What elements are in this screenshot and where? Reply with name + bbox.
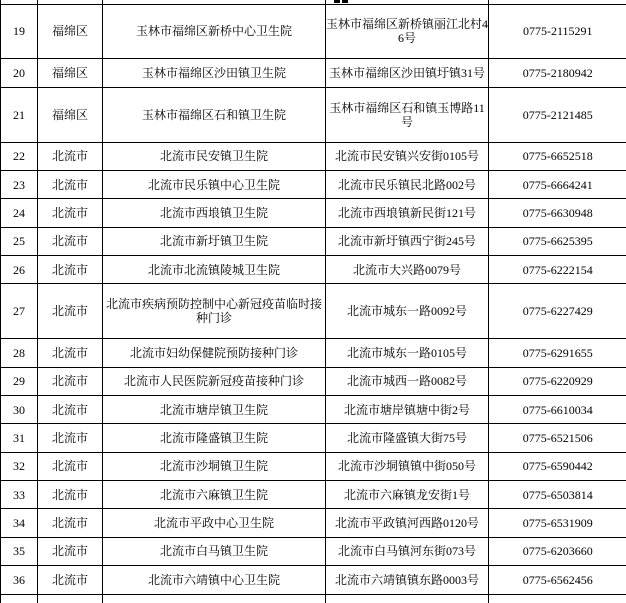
institution-name-cell: 北流市塘岸镇卫生院 xyxy=(103,395,326,423)
address-cell: 北流市白马镇河东街073号 xyxy=(326,537,489,565)
phone-cell: 0775-6664241 xyxy=(489,170,626,198)
institution-name-cell: 北流市西埌镇卫生院 xyxy=(103,199,326,227)
district-cell: 北流市 xyxy=(38,452,103,480)
institution-name-cell: 北流市平政中心卫生院 xyxy=(103,509,326,537)
partial-cell xyxy=(38,594,103,603)
address-cell: 玉林市福绵区新桥镇丽江北村46号 xyxy=(326,4,489,59)
district-cell: 北流市 xyxy=(38,566,103,594)
phone-cell: 0775-6562456 xyxy=(489,566,626,594)
institution-name-cell: 北流市新圩镇卫生院 xyxy=(103,227,326,255)
district-cell: 北流市 xyxy=(38,537,103,565)
row-number-cell: 24 xyxy=(1,199,38,227)
table-row: 26 北流市 北流市北流镇陵城卫生院 北流市大兴路0079号 0775-6222… xyxy=(1,255,626,283)
phone-cell: 0775-6291655 xyxy=(489,339,626,367)
row-number-cell: 28 xyxy=(1,339,38,367)
table-row: 27 北流市 北流市疾病预防控制中心新冠疫苗临时接种门诊 北流市城东一路0092… xyxy=(1,284,626,339)
district-cell: 北流市 xyxy=(38,255,103,283)
table-row: 25 北流市 北流市新圩镇卫生院 北流市新圩镇西宁街245号 0775-6625… xyxy=(1,227,626,255)
partial-cell xyxy=(489,594,626,603)
district-cell: 福绵区 xyxy=(38,87,103,142)
row-number-cell: 23 xyxy=(1,170,38,198)
table-row: 33 北流市 北流市六麻镇卫生院 北流市六麻镇龙安街1号 0775-650381… xyxy=(1,480,626,508)
district-cell: 北流市 xyxy=(38,480,103,508)
table-row: 29 北流市 北流市人民医院新冠疫苗接种门诊 北流市城西一路0082号 0775… xyxy=(1,367,626,395)
institution-name-cell: 北流市六靖镇中心卫生院 xyxy=(103,566,326,594)
address-cell: 北流市西埌镇新民街121号 xyxy=(326,199,489,227)
table-row: 30 北流市 北流市塘岸镇卫生院 北流市塘岸镇塘中街2号 0775-661003… xyxy=(1,395,626,423)
phone-cell: 0775-2180942 xyxy=(489,59,626,87)
phone-cell: 0775-6610034 xyxy=(489,395,626,423)
institution-name-cell: 玉林市福绵区沙田镇卫生院 xyxy=(103,59,326,87)
address-cell: 北流市民安镇兴安街0105号 xyxy=(326,142,489,170)
row-number-cell: 19 xyxy=(1,4,38,59)
address-cell: 北流市大兴路0079号 xyxy=(326,255,489,283)
partial-cell xyxy=(326,0,489,4)
address-cell: 北流市城西一路0082号 xyxy=(326,367,489,395)
table-row: 19 福绵区 玉林市福绵区新桥中心卫生院 玉林市福绵区新桥镇丽江北村46号 07… xyxy=(1,4,626,59)
row-number-cell: 36 xyxy=(1,566,38,594)
address-cell: 北流市塘岸镇塘中街2号 xyxy=(326,395,489,423)
table-row: 23 北流市 北流市民乐镇中心卫生院 北流市民乐镇民北路002号 0775-66… xyxy=(1,170,626,198)
row-number-cell: 21 xyxy=(1,87,38,142)
address-cell: 北流市新圩镇西宁街245号 xyxy=(326,227,489,255)
table-row: 34 北流市 北流市平政中心卫生院 北流市平政镇河西路0120号 0775-65… xyxy=(1,509,626,537)
district-cell: 北流市 xyxy=(38,199,103,227)
table-body: 19 福绵区 玉林市福绵区新桥中心卫生院 玉林市福绵区新桥镇丽江北村46号 07… xyxy=(1,0,626,603)
row-number-cell: 25 xyxy=(1,227,38,255)
district-cell: 北流市 xyxy=(38,284,103,339)
phone-cell: 0775-2121485 xyxy=(489,87,626,142)
district-cell: 北流市 xyxy=(38,339,103,367)
row-number-cell: 35 xyxy=(1,537,38,565)
row-number-cell: 34 xyxy=(1,509,38,537)
row-number-cell: 20 xyxy=(1,59,38,87)
institution-name-cell: 北流市人民医院新冠疫苗接种门诊 xyxy=(103,367,326,395)
partial-row-bottom xyxy=(1,594,626,603)
district-cell: 福绵区 xyxy=(38,59,103,87)
phone-cell: 0775-6220929 xyxy=(489,367,626,395)
table-row: 20 福绵区 玉林市福绵区沙田镇卫生院 玉林市福绵区沙田镇圩镇31号 0775-… xyxy=(1,59,626,87)
phone-cell: 0775-6203660 xyxy=(489,537,626,565)
table-row: 21 福绵区 玉林市福绵区石和镇卫生院 玉林市福绵区石和镇玉博路11号 0775… xyxy=(1,87,626,142)
phone-cell: 0775-6625395 xyxy=(489,227,626,255)
row-number-cell: 22 xyxy=(1,142,38,170)
vaccination-sites-table: 19 福绵区 玉林市福绵区新桥中心卫生院 玉林市福绵区新桥镇丽江北村46号 07… xyxy=(0,0,626,603)
institution-name-cell: 北流市疾病预防控制中心新冠疫苗临时接种门诊 xyxy=(103,284,326,339)
institution-name-cell: 北流市北流镇陵城卫生院 xyxy=(103,255,326,283)
phone-cell: 0775-6521506 xyxy=(489,424,626,452)
institution-name-cell: 北流市民乐镇中心卫生院 xyxy=(103,170,326,198)
address-cell: 北流市城东一路0092号 xyxy=(326,284,489,339)
district-cell: 北流市 xyxy=(38,227,103,255)
table-row: 32 北流市 北流市沙垌镇卫生院 北流市沙垌镇镇中街050号 0775-6590… xyxy=(1,452,626,480)
phone-cell: 0775-6652518 xyxy=(489,142,626,170)
district-cell: 北流市 xyxy=(38,367,103,395)
institution-name-cell: 玉林市福绵区石和镇卫生院 xyxy=(103,87,326,142)
row-number-cell: 33 xyxy=(1,480,38,508)
table-row: 31 北流市 北流市隆盛镇卫生院 北流市隆盛镇大街75号 0775-652150… xyxy=(1,424,626,452)
institution-name-cell: 北流市妇幼保健院预防接种门诊 xyxy=(103,339,326,367)
district-cell: 北流市 xyxy=(38,170,103,198)
phone-cell: 0775-2115291 xyxy=(489,4,626,59)
row-number-cell: 26 xyxy=(1,255,38,283)
document-page: 19 福绵区 玉林市福绵区新桥中心卫生院 玉林市福绵区新桥镇丽江北村46号 07… xyxy=(0,0,626,603)
row-number-cell: 32 xyxy=(1,452,38,480)
phone-cell: 0775-6590442 xyxy=(489,452,626,480)
phone-cell: 0775-6531909 xyxy=(489,509,626,537)
phone-cell: 0775-6503814 xyxy=(489,480,626,508)
district-cell: 福绵区 xyxy=(38,4,103,59)
partial-cell xyxy=(1,594,38,603)
district-cell: 北流市 xyxy=(38,142,103,170)
address-cell: 玉林市福绵区石和镇玉博路11号 xyxy=(326,87,489,142)
institution-name-cell: 北流市沙垌镇卫生院 xyxy=(103,452,326,480)
clipped-text-fragment xyxy=(334,0,340,3)
address-cell: 北流市民乐镇民北路002号 xyxy=(326,170,489,198)
row-number-cell: 27 xyxy=(1,284,38,339)
phone-cell: 0775-6222154 xyxy=(489,255,626,283)
institution-name-cell: 玉林市福绵区新桥中心卫生院 xyxy=(103,4,326,59)
table-row: 28 北流市 北流市妇幼保健院预防接种门诊 北流市城东一路0105号 0775-… xyxy=(1,339,626,367)
institution-name-cell: 北流市民安镇卫生院 xyxy=(103,142,326,170)
address-cell: 北流市城东一路0105号 xyxy=(326,339,489,367)
table-row: 35 北流市 北流市白马镇卫生院 北流市白马镇河东街073号 0775-6203… xyxy=(1,537,626,565)
row-number-cell: 30 xyxy=(1,395,38,423)
phone-cell: 0775-6630948 xyxy=(489,199,626,227)
partial-cell xyxy=(326,594,489,603)
table-row: 36 北流市 北流市六靖镇中心卫生院 北流市六靖镇镇东路0003号 0775-6… xyxy=(1,566,626,594)
row-number-cell: 31 xyxy=(1,424,38,452)
address-cell: 北流市六靖镇镇东路0003号 xyxy=(326,566,489,594)
table-row: 22 北流市 北流市民安镇卫生院 北流市民安镇兴安街0105号 0775-665… xyxy=(1,142,626,170)
district-cell: 北流市 xyxy=(38,509,103,537)
institution-name-cell: 北流市隆盛镇卫生院 xyxy=(103,424,326,452)
address-cell: 北流市平政镇河西路0120号 xyxy=(326,509,489,537)
address-cell: 北流市沙垌镇镇中街050号 xyxy=(326,452,489,480)
address-cell: 玉林市福绵区沙田镇圩镇31号 xyxy=(326,59,489,87)
row-number-cell: 29 xyxy=(1,367,38,395)
address-cell: 北流市六麻镇龙安街1号 xyxy=(326,480,489,508)
district-cell: 北流市 xyxy=(38,424,103,452)
partial-cell xyxy=(103,594,326,603)
phone-cell: 0775-6227429 xyxy=(489,284,626,339)
institution-name-cell: 北流市白马镇卫生院 xyxy=(103,537,326,565)
table-row: 24 北流市 北流市西埌镇卫生院 北流市西埌镇新民街121号 0775-6630… xyxy=(1,199,626,227)
district-cell: 北流市 xyxy=(38,395,103,423)
institution-name-cell: 北流市六麻镇卫生院 xyxy=(103,480,326,508)
address-cell: 北流市隆盛镇大街75号 xyxy=(326,424,489,452)
